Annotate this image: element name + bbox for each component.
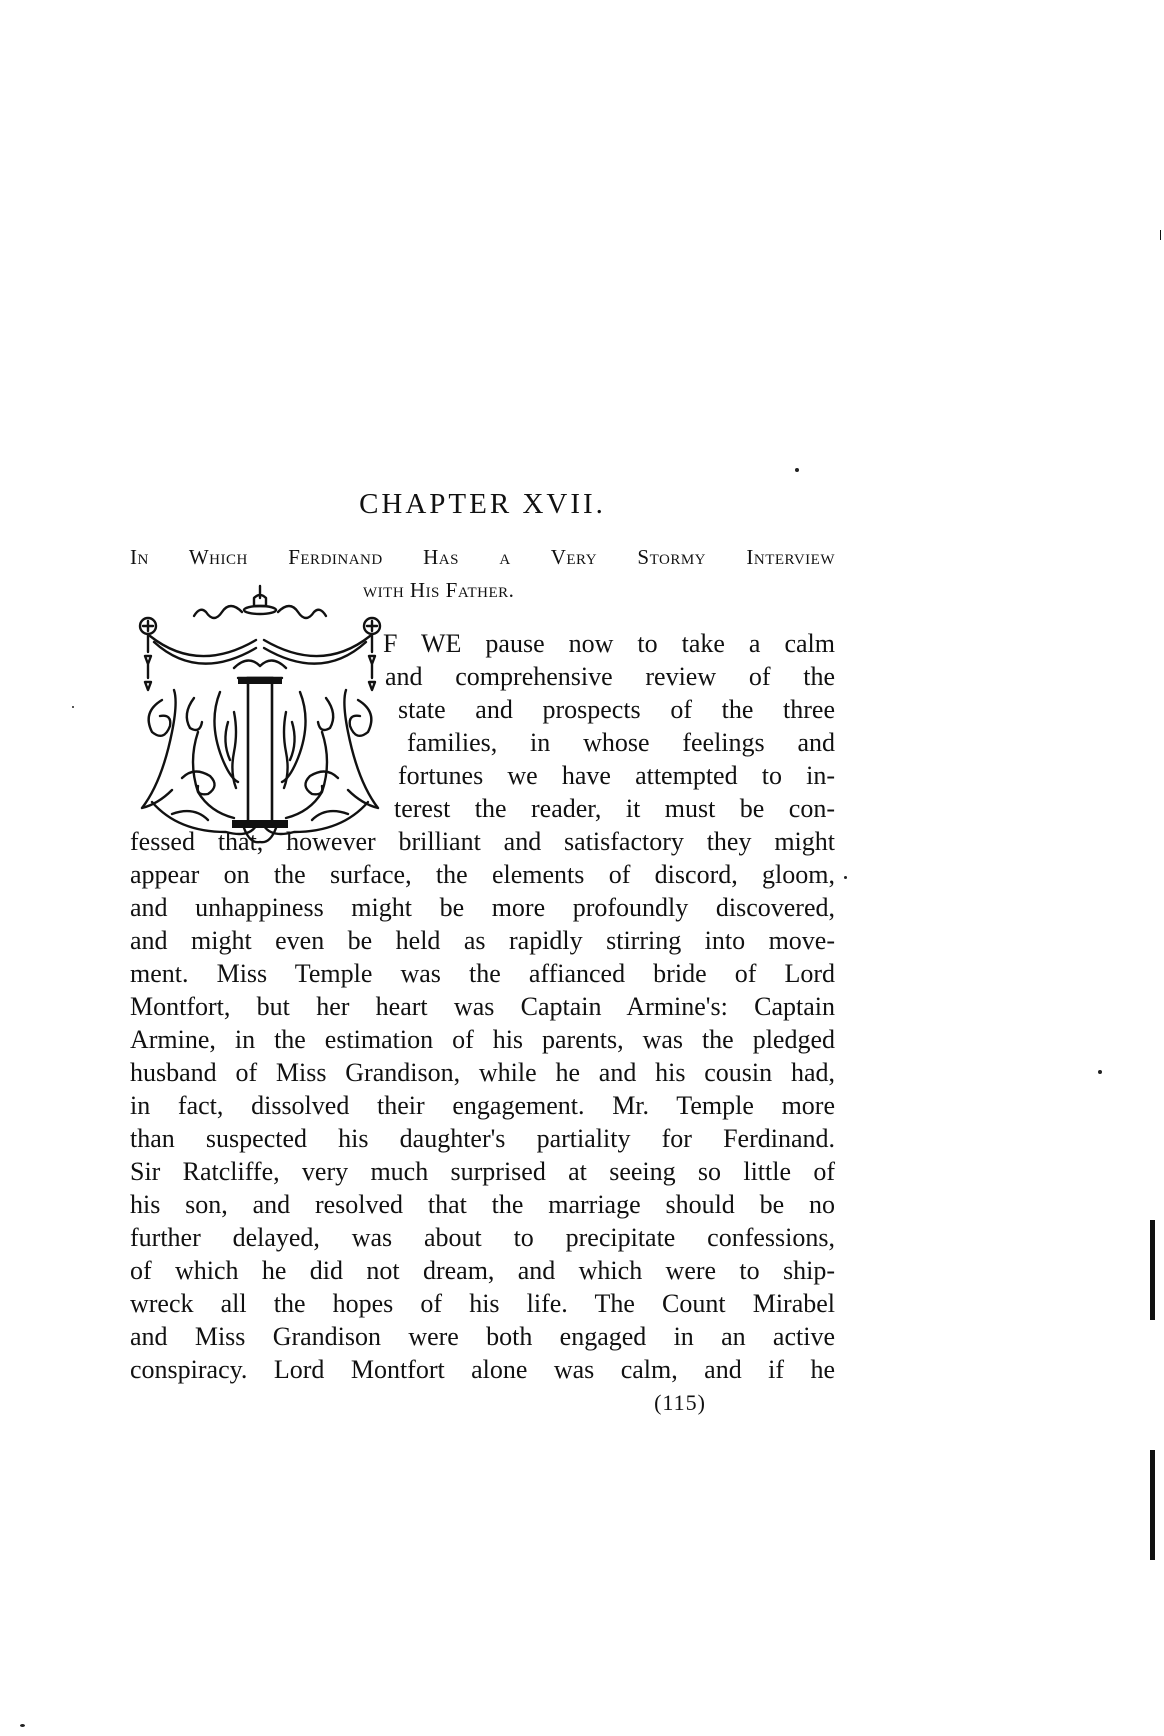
body-line: husband of Miss Grandison, while he and … [130, 1056, 835, 1089]
body-line: Sir Ratcliffe, very much surprised at se… [130, 1155, 835, 1188]
scan-edge-mark [1150, 1220, 1155, 1320]
scan-speck [72, 706, 74, 708]
body-line: fessed that, however brilliant and satis… [130, 825, 835, 858]
body-line: terest the reader, it must be con- [394, 792, 835, 825]
ornamental-drop-cap-icon [138, 582, 383, 844]
body-line: and Miss Grandison were both engaged in … [130, 1320, 835, 1353]
body-line: than suspected his daughter's partiality… [130, 1122, 835, 1155]
chapter-subtitle-line-1: In Which Ferdinand Has a Very Stormy Int… [130, 545, 835, 570]
scan-speck [795, 468, 799, 472]
scan-speck [20, 1724, 25, 1727]
body-line: Armine, in the estimation of his parents… [130, 1023, 835, 1056]
body-line: fortunes we have attempted to in- [398, 759, 835, 792]
body-line: families, in whose feelings and [407, 726, 835, 759]
body-line: conspiracy. Lord Montfort alone was calm… [130, 1353, 835, 1386]
body-line: and comprehensive review of the [385, 660, 835, 693]
body-line: in fact, dissolved their engagement. Mr.… [130, 1089, 835, 1122]
scan-edge-mark [1150, 1450, 1155, 1560]
body-line: wreck all the hopes of his life. The Cou… [130, 1287, 835, 1320]
body-line: state and prospects of the three [398, 693, 835, 726]
body-line: his son, and resolved that the marriage … [130, 1188, 835, 1221]
body-line: and might even be held as rapidly stirri… [130, 924, 835, 957]
body-line: ment. Miss Temple was the affianced brid… [130, 957, 835, 990]
body-line: F WE pause now to take a calm [383, 627, 835, 660]
book-page: CHAPTER XVII. In Which Ferdinand Has a V… [0, 0, 1164, 1736]
scan-speck [844, 876, 847, 879]
chapter-heading: CHAPTER XVII. [130, 488, 835, 521]
body-line: further delayed, was about to precipitat… [130, 1221, 835, 1254]
body-line: of which he did not dream, and which wer… [130, 1254, 835, 1287]
scan-speck [1098, 1070, 1102, 1074]
body-line: and unhappiness might be more profoundly… [130, 891, 835, 924]
body-line: Montfort, but her heart was Captain Armi… [130, 990, 835, 1023]
body-line: appear on the surface, the elements of d… [130, 858, 835, 891]
scan-edge-mark [1160, 230, 1161, 240]
page-number: (115) [640, 1390, 720, 1416]
